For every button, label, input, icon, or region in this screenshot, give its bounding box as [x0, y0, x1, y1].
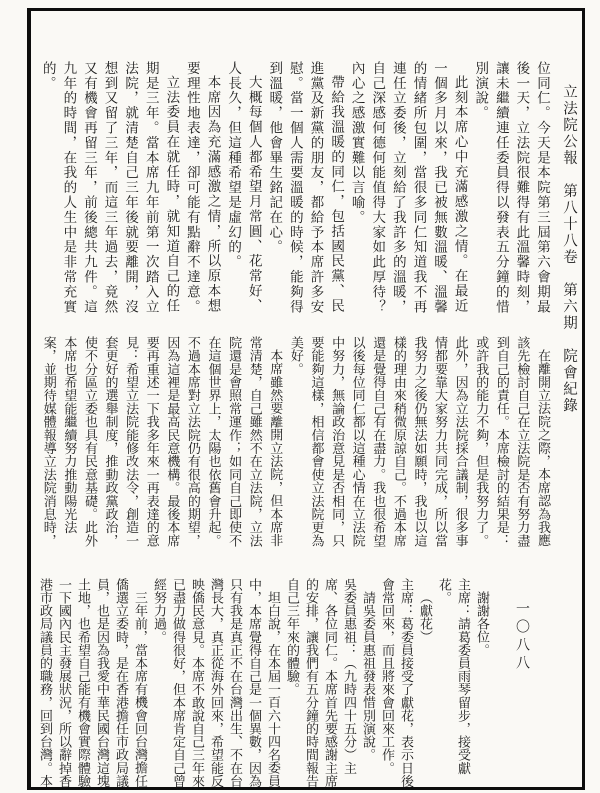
member-speech-paragraph: 三年前，當本席有機會回台灣擔任僑選立委時，是在香港擔任市政局議員，也是因為我愛中… [36, 578, 149, 789]
page-number-text: 一〇八八 [514, 601, 530, 673]
member-speech-paragraph: 吳委員惠祖：（九時四十五分）主席、各位同仁。本席首先要感謝主席的安排，讓我們有五… [282, 578, 358, 789]
chair-speech-paragraph: 主席：請葛委員雨琴留步，接受獻花。 [434, 578, 472, 789]
paragraph: 位同仁。今天是本院第三屆第六會期最後一天，立法院很難得有此溫馨時刻，讓未繼續連任… [470, 61, 552, 324]
paragraph: 本席因為充滿感激之情，所以原本想要理性地表達，卻可能有點辭不達意。 [181, 61, 222, 324]
gazette-header: 立法院公報 第八十八卷 第六期 院會紀錄 [559, 84, 580, 354]
paragraph: 立法委員在就任時，就知道自己的任期是三年。當本席九年前第一次踏入立法院，就清楚自… [37, 61, 181, 324]
text-band-bottom: 謝謝各位。 主席：請葛委員雨琴留步，接受獻花。 （獻花） 主席：葛委員接受了獻花… [36, 578, 491, 789]
chair-speech-paragraph: 請吳委員惠祖發表惜別演說。 [358, 578, 377, 789]
member-speech-paragraph: 坦白說，在本屆一百六十四名委員中，本席覺得自己是一個異數，因為只有我是真正不在台… [149, 578, 282, 789]
paragraph: 大概每個人都希望月常圓、花常好、人長久，但這種希望是虛幻的。 [223, 61, 264, 324]
chair-speech-paragraph: 主席：葛委員接受了獻花，表示日後會常回來，而且將來會回來工作。 [377, 578, 415, 789]
paragraph: 在離開立法院之際，本席認為我應該先檢討自己在立法院是否有努力盡到自己的責任。本席… [284, 336, 552, 557]
paragraph: 本席雖然要離開立法院，但本席非常清楚，自己雖然不在立法院，立法院還是會照常運作；… [36, 336, 284, 557]
gazette-header-text: 立法院公報 第八十八卷 第六期 院會紀錄 [561, 84, 577, 414]
gazette-page: 立法院公報 第八十八卷 第六期 院會紀錄 一〇八八 位同仁。今天是本院第三屆第六… [0, 0, 600, 793]
page-number: 一〇八八 [512, 601, 532, 711]
paragraph: 謝謝各位。 [472, 578, 491, 789]
text-band-top: 位同仁。今天是本院第三屆第六會期最後一天，立法院很難得有此溫馨時刻，讓未繼續連任… [36, 61, 552, 324]
stage-direction: （獻花） [415, 578, 434, 789]
text-band-middle: 在離開立法院之際，本席認為我應該先檢討自己在立法院是否有努力盡到自己的責任。本席… [36, 336, 552, 557]
paragraph: 帶給我溫暖的同仁，包括國民黨、民進黨及新黨的朋友，都給予本席許多安慰。當一個人需… [264, 61, 346, 324]
paragraph: 此刻本席心中充滿感激之情。在最近一個多月以來，我已被無數溫暖、溫馨的情緒所包圍，… [346, 61, 470, 324]
